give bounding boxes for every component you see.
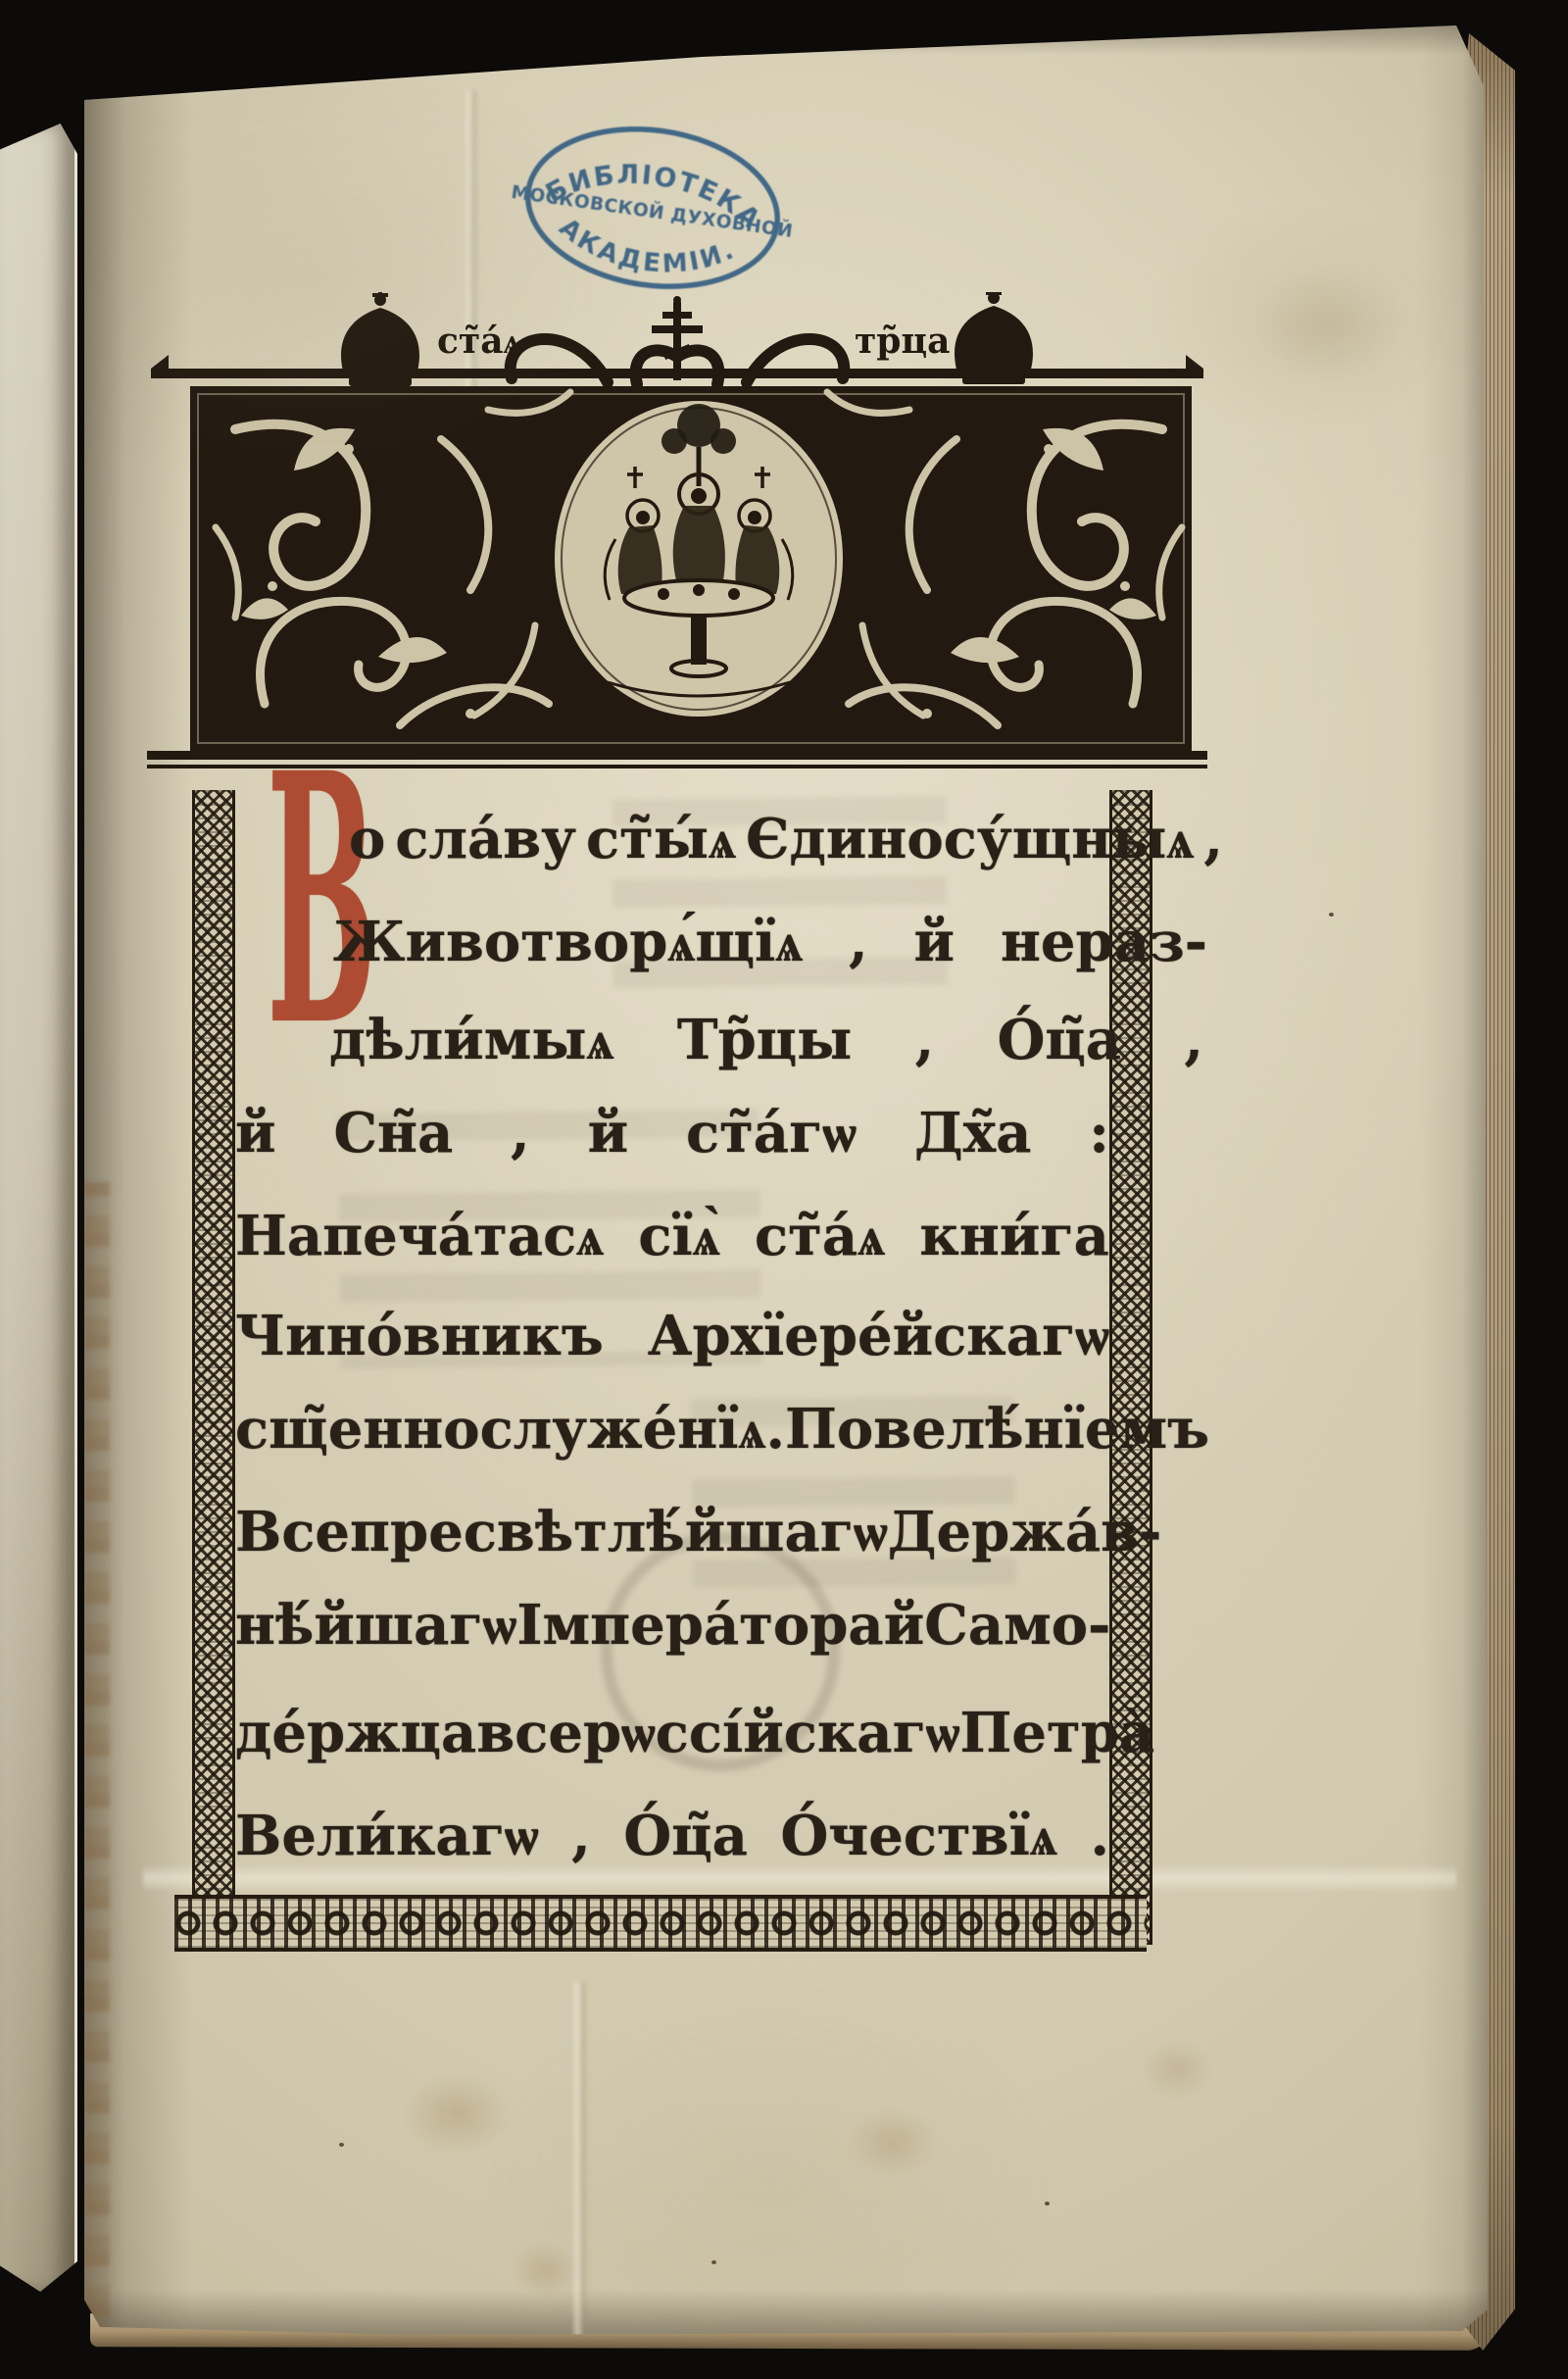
previous-page-edge <box>0 124 77 2292</box>
frame-border-left <box>192 790 235 1945</box>
text-line: Вели́кагѡ,О́ц̃аО́чествїѧ. <box>235 1801 1109 1873</box>
text-line: Напеча́тасѧсїѧ̀ст̃а́ѧкни́га <box>235 1201 1109 1273</box>
crown-icon <box>341 292 419 386</box>
holy-trinity-medallion <box>552 398 846 719</box>
text-line: де́ржцавсерѡссі́йскагѡПетра̀ <box>235 1698 1109 1770</box>
text-line: нѣ́йшагѡІмпера́торайСамо- <box>235 1590 1109 1662</box>
text-line: Животворѧ́щїѧ,йнераз- <box>235 907 1207 979</box>
text-line: дѣли́мыѧТр̃цы,О́ц̃а, <box>235 1005 1203 1077</box>
stain <box>496 2231 594 2309</box>
text-line: Всепресвѣтлѣ́йшагѡДержа́в- <box>235 1497 1109 1569</box>
title-page: БИБЛІОТЕКА МОСКОВСКОЙ ДУХОВНОЙ АКАДЕМІИ. <box>84 25 1488 2335</box>
frame-border-bottom <box>174 1895 1147 1952</box>
text-line: сщ̃еннослуже́нїѧ.Повелѣ́нїемъ <box>235 1394 1109 1466</box>
library-stamp: БИБЛІОТЕКА МОСКОВСКОЙ ДУХОВНОЙ АКАДЕМІИ. <box>493 92 812 323</box>
stain <box>1123 2025 1231 2113</box>
paper-crease <box>572 1982 588 2360</box>
gutter-grime <box>84 1182 110 2339</box>
text-line: йСн̃а,йст̃а́гѡДх̃а: <box>235 1098 1109 1170</box>
scanned-book-page: { "document": { "type": "early-printed-b… <box>0 0 1568 2379</box>
cross-icon <box>652 296 703 380</box>
stain <box>829 2094 956 2192</box>
stain <box>1221 241 1437 408</box>
headpiece-label-right: тр̃ца <box>855 321 950 362</box>
text-line: Чино́вникъАрхїере́йскагѡ <box>235 1301 1109 1373</box>
crown-icon <box>955 292 1033 384</box>
stain <box>378 2055 535 2172</box>
text-line: осла́вуст̃ы́ѧЄдиносу́щныѧ, <box>235 804 1223 876</box>
